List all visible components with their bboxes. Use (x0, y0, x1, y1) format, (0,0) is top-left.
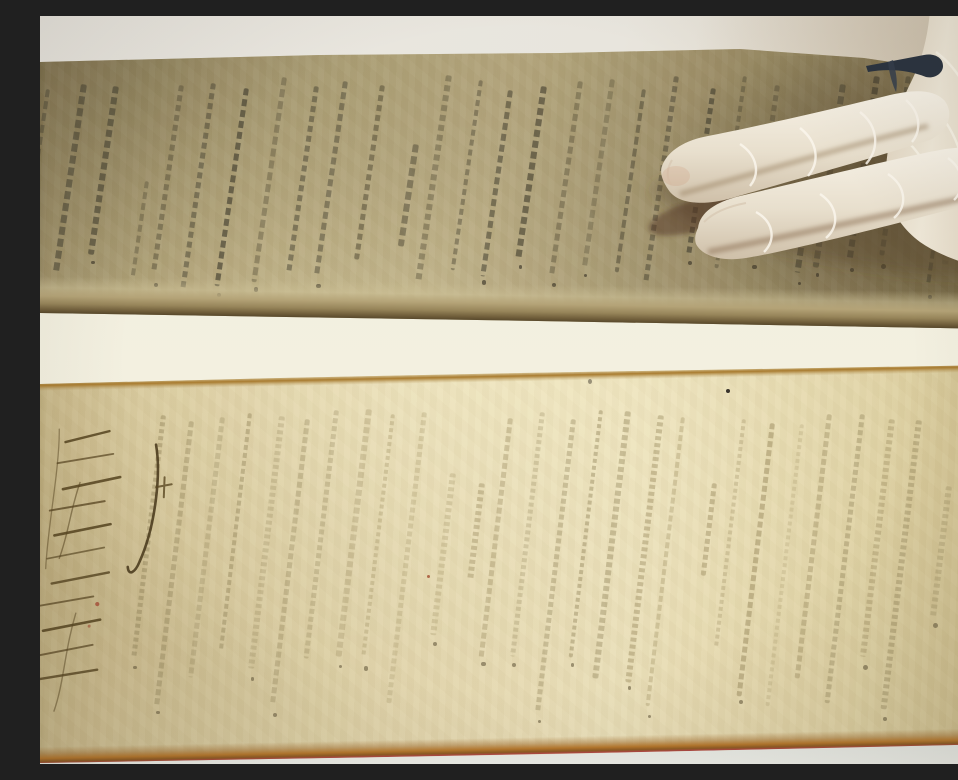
fingertip-tint (662, 166, 690, 186)
gloved-hand (40, 16, 958, 764)
archive-photo (40, 16, 958, 764)
